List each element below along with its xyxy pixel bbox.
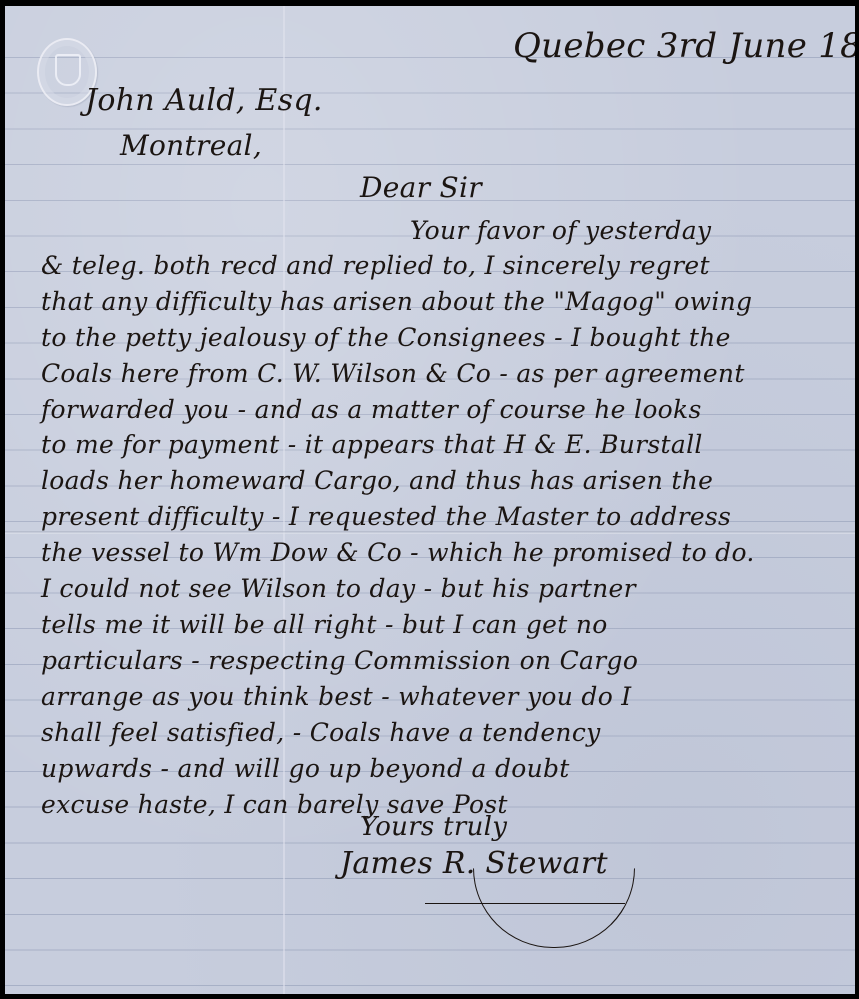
horizontal-fold-crease	[5, 531, 855, 534]
salutation: Dear Sir	[360, 171, 482, 204]
body-line: upwards - and will go up beyond a doubt	[41, 754, 570, 783]
addressee: John Auld, Esq.	[85, 83, 323, 118]
body-line: tells me it will be all right - but I ca…	[41, 610, 608, 639]
signature-flourish	[473, 868, 635, 948]
body-line: shall feel satisfied, - Coals have a ten…	[41, 718, 601, 747]
body-line: present difficulty - I requested the Mas…	[41, 502, 731, 531]
body-line: that any difficulty has arisen about the…	[41, 287, 752, 316]
shield-icon	[55, 54, 81, 86]
body-line: Your favor of yesterday	[410, 216, 711, 245]
dateline: Quebec 3rd June 1854	[513, 26, 855, 66]
body-line: loads her homeward Cargo, and thus has a…	[41, 466, 713, 495]
body-line: to the petty jealousy of the Consignees …	[41, 323, 731, 352]
addressee-city: Montreal,	[120, 129, 262, 162]
body-line: the vessel to Wm Dow & Co - which he pro…	[41, 538, 755, 567]
body-line: to me for payment - it appears that H & …	[41, 430, 703, 459]
body-line: particulars - respecting Commission on C…	[41, 646, 638, 675]
body-line: Coals here from C. W. Wilson & Co - as p…	[41, 359, 745, 388]
body-line: I could not see Wilson to day - but his …	[41, 574, 636, 603]
body-line: arrange as you think best - whatever you…	[41, 682, 631, 711]
body-line: & teleg. both recd and replied to, I sin…	[41, 251, 710, 280]
letter-page: Quebec 3rd June 1854 John Auld, Esq. Mon…	[5, 6, 855, 994]
vertical-fold-crease	[283, 6, 285, 994]
closing: Yours truly	[360, 812, 507, 842]
body-line: forwarded you - and as a matter of cours…	[41, 395, 702, 424]
